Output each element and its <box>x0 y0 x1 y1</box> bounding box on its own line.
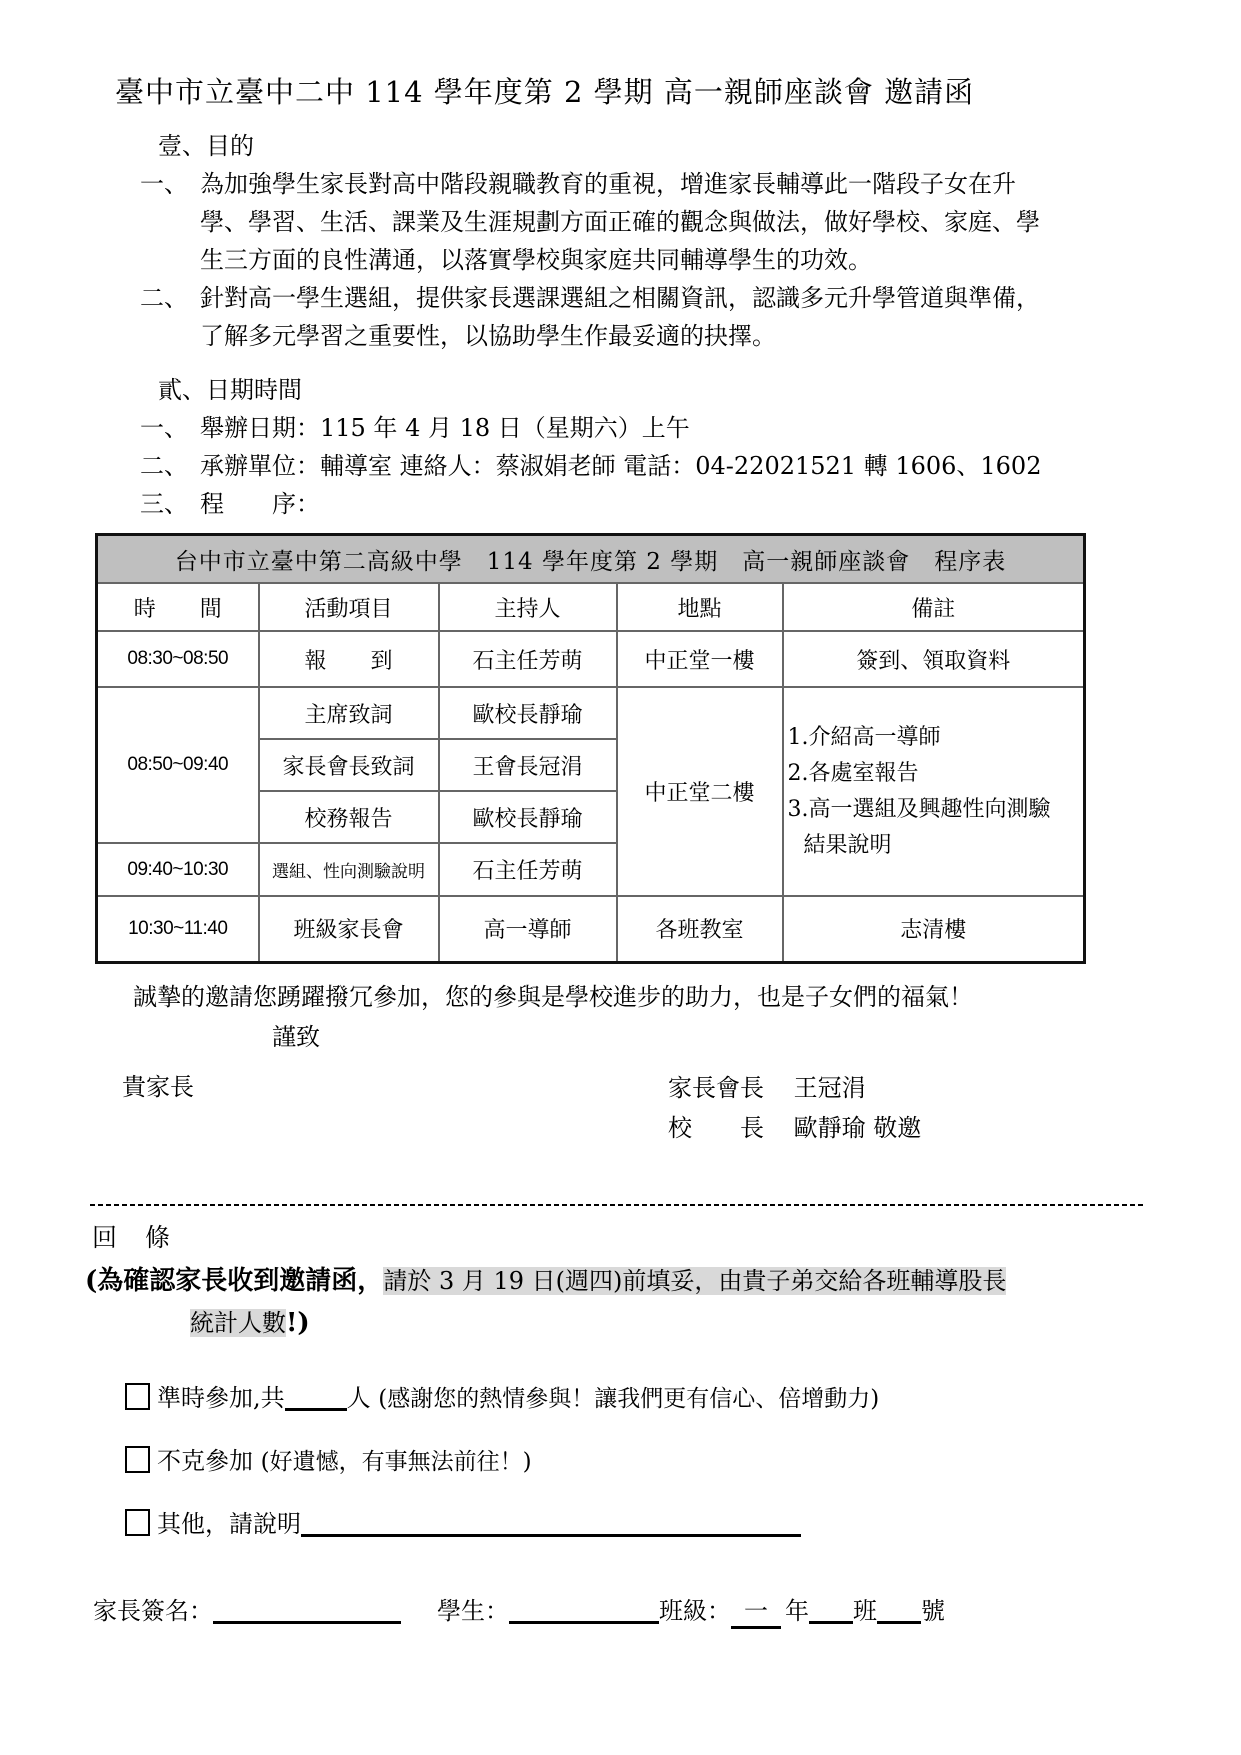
cell-host: 歐校長靜瑜 <box>439 791 617 843</box>
datetime-item-1: 一、 舉辦日期：115 年 4 月 18 日（星期六）上午 <box>140 409 1241 447</box>
name-label: 王冠涓 <box>794 1074 866 1102</box>
parent-signature-blank[interactable] <box>213 1601 401 1624</box>
table-row: 08:50~09:40 主席致詞 歐校長靜瑜 中正堂二樓 1.介紹高一導師 2.… <box>97 687 1085 739</box>
other-reason-blank[interactable] <box>301 1514 801 1537</box>
purpose-item-2: 二、 針對高一學生選組，提供家長選課選組之相關資訊，認識多元升學管道與準備，了解… <box>140 279 1241 355</box>
cell-host: 高一導師 <box>439 896 617 962</box>
col-header-note: 備註 <box>783 583 1085 631</box>
option-suffix: 人 <box>347 1384 379 1412</box>
datetime-heading: 貳、日期時間 <box>158 371 1241 409</box>
document-page: 臺中市立臺中二中 114 學年度第 2 學期 高一親師座談會 邀請函 壹、目的 … <box>0 0 1241 1755</box>
reply-note-line-1: (為確認家長收到邀請函，請於 3 月 19 日(週四)前填妥，由貴子弟交給各班輔… <box>85 1260 1241 1302</box>
cell-time: 10:30~11:40 <box>97 896 259 962</box>
col-header-host: 主持人 <box>439 583 617 631</box>
class-unit-label: 班 <box>853 1597 877 1625</box>
attendee-count-blank[interactable] <box>285 1388 347 1411</box>
parent-signature-label: 家長簽名： <box>93 1597 213 1625</box>
item-text: 承辦單位：輔導室 連絡人：蔡淑娟老師 電話：04-22021521 轉 1606… <box>200 447 1052 485</box>
cell-host: 歐校長靜瑜 <box>439 687 617 739</box>
note-line: 結果說明 <box>804 828 1080 864</box>
signature-line-chairman: 家長會長 王冠涓 <box>668 1068 921 1108</box>
cut-line <box>90 1204 1145 1206</box>
cell-activity: 選組、性向測驗說明 <box>259 843 439 896</box>
datetime-item-2: 二、 承辦單位：輔導室 連絡人：蔡淑娟老師 電話：04-22021521 轉 1… <box>140 447 1241 485</box>
cell-note: 志清樓 <box>783 896 1085 962</box>
note-bold-text: !) <box>286 1308 310 1338</box>
option-attend: 準時參加,共人 (感謝您的熱情參與！讓我們更有信心、倍增動力) <box>125 1378 1241 1413</box>
invitation-line: 誠摯的邀請您踴躍撥冗參加，您的參與是學校進步的助力，也是子女們的福氣！ <box>133 978 1241 1016</box>
option-decline: 不克參加 (好遺憾，有事無法前往！) <box>125 1441 1241 1476</box>
cell-time: 08:50~09:40 <box>97 687 259 843</box>
signature-line-principal: 校 長 歐靜瑜 敬邀 <box>668 1108 921 1148</box>
cell-place: 各班教室 <box>617 896 783 962</box>
cell-activity: 主席致詞 <box>259 687 439 739</box>
col-header-activity: 活動項目 <box>259 583 439 631</box>
number-label: 號 <box>921 1597 945 1625</box>
signature-block: 家長會長 王冠涓 校 長 歐靜瑜 敬邀 <box>668 1068 921 1148</box>
cell-activity: 班級家長會 <box>259 896 439 962</box>
cell-activity: 家長會長致詞 <box>259 739 439 791</box>
cell-place: 中正堂一樓 <box>617 631 783 687</box>
table-row: 10:30~11:40 班級家長會 高一導師 各班教室 志清樓 <box>97 896 1085 962</box>
student-label: 學生： <box>437 1597 509 1625</box>
item-number: 二、 <box>140 447 200 485</box>
page-title: 臺中市立臺中二中 114 學年度第 2 學期 高一親師座談會 邀請函 <box>115 70 1241 111</box>
seat-number-blank[interactable] <box>877 1601 921 1624</box>
role-label: 家長會長 <box>668 1068 786 1108</box>
option-other: 其他，請說明 <box>125 1504 1241 1539</box>
cell-activity: 報 到 <box>259 631 439 687</box>
option-label: 準時參加,共 <box>157 1384 285 1412</box>
cell-activity: 校務報告 <box>259 791 439 843</box>
name-label: 歐靜瑜 敬邀 <box>794 1114 922 1142</box>
checkbox-attend[interactable] <box>125 1383 150 1410</box>
reply-note: (為確認家長收到邀請函，請於 3 月 19 日(週四)前填妥，由貴子弟交給各班輔… <box>85 1260 1241 1344</box>
cell-place: 中正堂二樓 <box>617 687 783 896</box>
class-blank[interactable] <box>809 1601 853 1624</box>
year-label: 年 <box>785 1597 809 1625</box>
col-header-place: 地點 <box>617 583 783 631</box>
option-label: 不克參加 <box>157 1447 261 1475</box>
note-bold-text: (為確認家長收到邀請函， <box>85 1266 383 1296</box>
cell-note: 1.介紹高一導師 2.各處室報告 3.高一選組及興趣性向測驗 結果說明 <box>783 687 1085 896</box>
option-paren: (感謝您的熱情參與！讓我們更有信心、倍增動力) <box>378 1386 879 1412</box>
cell-host: 石主任芳萌 <box>439 631 617 687</box>
note-line: 2.各處室報告 <box>788 756 1080 792</box>
schedule-table: 台中市立臺中第二高級中學 114 學年度第 2 學期 高一親師座談會 程序表 時… <box>95 533 1086 964</box>
table-row: 08:30~08:50 報 到 石主任芳萌 中正堂一樓 簽到、領取資料 <box>97 631 1085 687</box>
item-text: 為加強學生家長對高中階段親職教育的重視，增進家長輔導此一階段子女在升學、學習、生… <box>200 165 1052 279</box>
note-line: 1.介紹高一導師 <box>788 720 1080 756</box>
addressee-label: 貴家長 <box>122 1068 194 1106</box>
item-text: 舉辦日期：115 年 4 月 18 日（星期六）上午 <box>200 409 1052 447</box>
role-label: 校 長 <box>668 1108 786 1148</box>
purpose-heading: 壹、目的 <box>158 127 1241 165</box>
item-text: 針對高一學生選組，提供家長選課選組之相關資訊，認識多元升學管道與準備，了解多元學… <box>200 279 1052 355</box>
checkbox-decline[interactable] <box>125 1446 150 1473</box>
item-number: 一、 <box>140 409 200 447</box>
item-number: 一、 <box>140 165 200 279</box>
respectfully-label: 謹致 <box>272 1018 1241 1056</box>
col-header-time: 時 間 <box>97 583 259 631</box>
cell-time: 09:40~10:30 <box>97 843 259 896</box>
option-label: 其他，請說明 <box>157 1510 301 1538</box>
note-line: 3.高一選組及興趣性向測驗 <box>788 792 1080 828</box>
cell-host: 石主任芳萌 <box>439 843 617 896</box>
note-highlighted-text: 統計人數 <box>190 1309 286 1337</box>
closing-row: 貴家長 家長會長 王冠涓 校 長 歐靜瑜 敬邀 <box>0 1060 1241 1156</box>
note-highlighted-text: 請於 3 月 19 日(週四)前填妥，由貴子弟交給各班輔導股長 <box>383 1267 1006 1295</box>
class-label: 班級： <box>659 1597 731 1625</box>
reply-note-line-2: 統計人數!) <box>190 1302 1241 1344</box>
option-paren: (好遺憾，有事無法前往！) <box>261 1449 532 1475</box>
checkbox-other[interactable] <box>125 1509 150 1536</box>
cell-note: 簽到、領取資料 <box>783 631 1085 687</box>
cell-time: 08:30~08:50 <box>97 631 259 687</box>
item-number: 二、 <box>140 279 200 355</box>
item-number: 三、 <box>140 485 200 523</box>
purpose-item-1: 一、 為加強學生家長對高中階段親職教育的重視，增進家長輔導此一階段子女在升學、學… <box>140 165 1241 279</box>
datetime-item-3: 三、 程 序： <box>140 485 1241 523</box>
signature-fill-row: 家長簽名：學生：班級：一年班號 <box>93 1591 1241 1629</box>
reply-slip-heading: 回 條 <box>92 1218 1241 1254</box>
cell-host: 王會長冠涓 <box>439 739 617 791</box>
student-name-blank[interactable] <box>509 1601 659 1624</box>
grade-blank[interactable]: 一 <box>731 1591 781 1629</box>
item-text: 程 序： <box>200 485 1052 523</box>
table-title: 台中市立臺中第二高級中學 114 學年度第 2 學期 高一親師座談會 程序表 <box>97 535 1085 584</box>
